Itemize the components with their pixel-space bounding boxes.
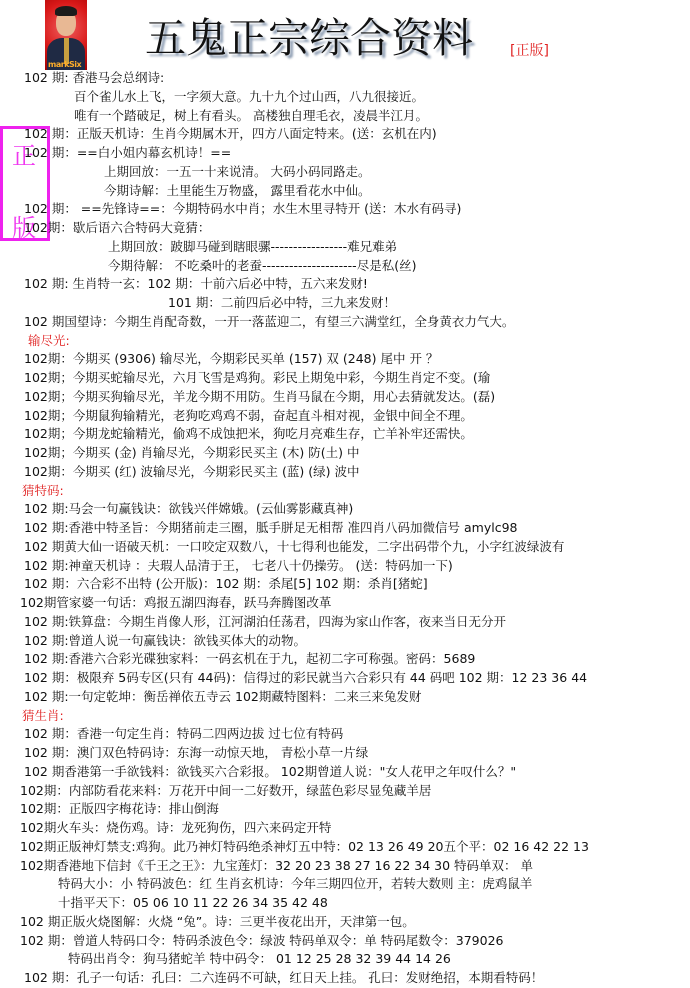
text-line: 102期：今期买 (红) 波输尽光，今期彩民买主 (蓝) (绿) 波中 [24,464,360,480]
text-line: 102 期:香港中特圣旨：今期猪前走三圈，胝手胼足无相帮 准四肖八码加微信号 a… [24,520,517,536]
text-line: 102 期: 香港马会总纲诗: [24,70,164,86]
text-line: 上期回放：跛脚马碰到瞎眼骡-----------------难兄难弟 [108,239,397,255]
text-line: 101 期：二前四后必中特，三九来发财！ [168,295,396,311]
text-line: 102期管家婆一句话：鸡报五湖四海春，跃马奔腾图改革 [20,595,331,611]
text-line: 特码大小：小 特码波色：红 生肖玄机诗：今年三期四位开，若转大数则 主：虎鸡鼠羊 [58,876,532,892]
text-line: 102 期：极限弃 5码专区(只有 44码)：信得过的彩民就当六合彩只有 44 … [24,670,587,686]
photo-brand-label: markSix [48,60,81,69]
text-line: 102期：今期买 (9306) 输尽光，今期彩民买单 (157) 双 (248)… [24,351,438,367]
text-line: 102 期国望诗：今期生肖配奇数，一开一落蓝迎二，有望三六满堂红，全身黄衣力气大… [24,314,514,330]
text-line: 102 期：==白小姐内幕玄机诗！== [24,145,231,161]
text-line: 今期诗解：土里能生万物盛， 露里看花水中仙。 [104,183,370,199]
text-line: 102 期：六合彩不出特 (公开版)：102 期：杀尾[5] 102 期：杀肖[… [24,576,428,592]
title-tag: [正版] [510,40,549,60]
text-line: 102 期:铁算盘：今期生肖像人形，江河湖泊任荡君，四海为家山作客，夜来当日无分… [24,614,506,630]
page-title: 五鬼正宗综合资料 [145,16,473,60]
text-line: 今期待解： 不吃桑叶的老蚕---------------------尽是私(丝) [108,258,416,274]
text-line: 102期香港地下信封《千王之王》：九宝莲灯：32 20 23 38 27 16 … [20,858,533,874]
text-line: 102 期:一句定乾坤：衡岳禅依五寺云 102期藏特图料：二来三来兔发财 [24,689,421,705]
section-heading: 猜生肖: [22,708,64,724]
photo-hair [55,6,77,16]
text-line: 102期：歇后语六合特码大竟猜： [24,220,210,236]
text-line: 102期：正版四字梅花诗：排山倒海 [20,801,219,817]
text-line: 102 期: 生肖特一玄：102 期：十前六后必中特，五六来发财! [24,276,368,292]
text-line: 102 期正版火烧图解：火烧 “兔”。诗：三更半夜花出开，天津第一包。 [20,914,415,930]
text-line: 102期；今期买狗输尽光，羊龙今期不用防。生肖马鼠在今期，用心去猜就发达。(磊) [24,389,495,405]
text-line: 102 期:曾道人说一句赢钱诀：欲钱买体大的动物。 [24,633,306,649]
section-heading: 猜特码: [22,483,64,499]
text-line: 102期火车头：烧伤鸡。诗：龙死狗伤，四六来码定开特 [20,820,331,836]
text-line: 102 期香港第一手欲钱料：欲钱买六合彩报。 102期曾道人说："女人花甲之年叹… [24,764,516,780]
text-line: 特码出肖令：狗马猪蛇羊 特中码令： 01 12 25 28 32 39 44 1… [68,951,451,967]
text-line: 102期；今期龙蛇输精光，偷鸡不成蚀把米，狗吃月亮难生存，亡羊补牢还需快。 [24,426,473,442]
text-line: 102 期：澳门双色特码诗：东海一动惊天地， 青松小草一片绿 [24,745,368,761]
text-line: 102 期：正版天机诗：生肖今期属木开，四方八面定特来。(送：玄机在内) [24,126,437,142]
text-line: 102期；今期鼠狗输精光，老狗吃鸡鸡不弱，奋起直斗相对视，金银中间全不理。 [24,408,473,424]
text-line: 102 期:马会一句赢钱诀：欲钱兴伴嫦娥。(云仙雾影藏真神) [24,501,353,517]
text-line: 102 期黄大仙一语破天机：一口咬定双数八，十七得利也能发，二字出码带个九，小字… [24,539,564,555]
text-line: 102 期：孔子一句话：孔曰：二六连码不可缺，红日天上挂。 孔曰：发财绝招，本期… [24,970,543,986]
text-line: 102 期：香港一句定生肖：特码二四两边拔 过七位有特码 [24,726,343,742]
text-line: 102期：内部防看花来料：万花开中间一二好数开，绿蓝色彩尽显兔藏羊居 [20,783,431,799]
text-line: 102期正版神灯禁支:鸡狗。此乃神灯特码绝杀神灯五中特：02 13 26 49 … [20,839,589,855]
text-line: 102 期：曾道人特码口令：特码杀波色令：绿波 特码单双令：单 特码尾数令：37… [20,933,504,949]
text-line: 102 期:香港六合彩光碟独家料：一码玄机在于九，起初二字可称强。密码：5689 [24,651,475,667]
text-line: 百个雀儿水上飞，一字须大意。九十九个过山西，八九很接近。 [74,89,424,105]
avatar-photo: markSix [45,0,87,70]
text-line: 102 期:神童天机诗 ：夫瑕人品清于王， 七老八十仍操劳。 (送：特码加一下) [24,558,453,574]
text-line: 十指平天下：05 06 10 11 22 26 34 35 42 48 [58,895,328,911]
text-line: 上期回放：一五一十来说清。 大码小码同路走。 [104,164,370,180]
text-line: 唯有一个踏破足，树上有看头。 高楼独自理毛衣，凌晨半江月。 [74,108,428,124]
section-heading: 输尽光: [28,333,70,349]
text-line: 102 期： ==先锋诗==：今期特码水中肖；水生木里寻特开 (送：木水有码寻) [24,201,461,217]
text-line: 102期；今期买 (金) 肖输尽光，今期彩民买主 (木) 防(土) 中 [24,445,360,461]
text-line: 102期；今期买蛇输尽光，六月飞雪是鸡狗。彩民上期兔中彩，今期生肖定不变。(瑜 [24,370,490,386]
